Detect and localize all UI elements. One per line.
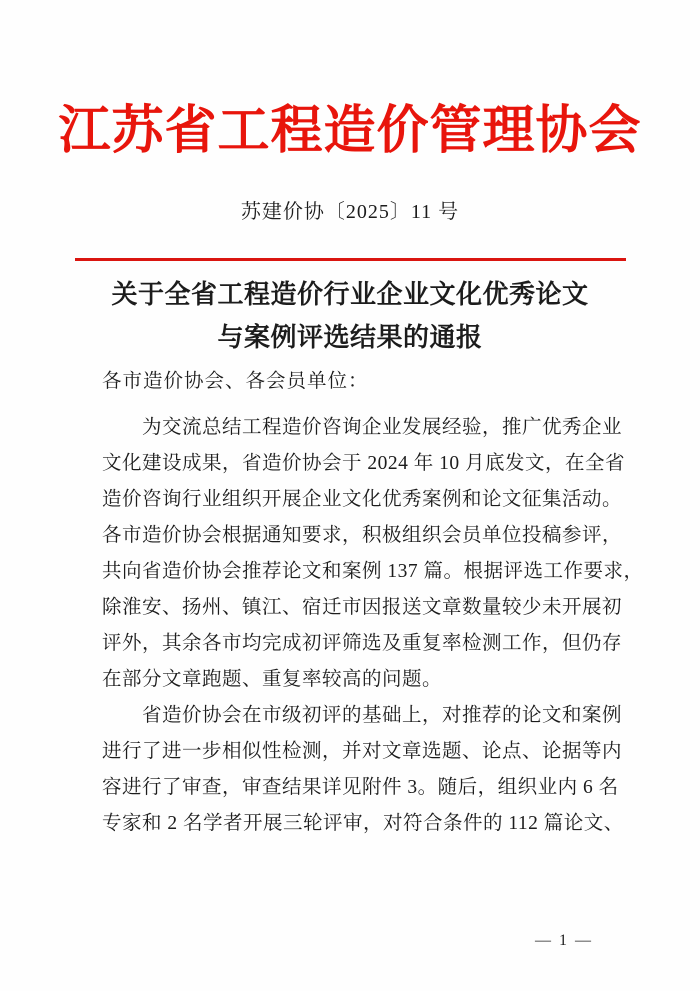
body-line: 在部分文章跑题、重复率较高的问题。 bbox=[102, 662, 618, 698]
page-number: — 1 — bbox=[535, 930, 593, 952]
doc-title: 关于全省工程造价行业企业文化优秀论文 与案例评选结果的通报 bbox=[0, 273, 700, 359]
body-line: 除淮安、扬州、镇江、宿迁市因报送文章数量较少未开展初 bbox=[102, 590, 618, 626]
document-page: 江苏省工程造价管理协会 苏建价协〔2025〕11 号 关于全省工程造价行业企业文… bbox=[0, 0, 700, 991]
doc-number: 苏建价协〔2025〕11 号 bbox=[0, 196, 700, 228]
body-line: 专家和 2 名学者开展三轮评审，对符合条件的 112 篇论文、 bbox=[102, 806, 618, 842]
org-name-header: 江苏省工程造价管理协会 bbox=[0, 100, 700, 164]
body-line: 各市造价协会根据通知要求，积极组织会员单位投稿参评， bbox=[102, 518, 618, 554]
body-line: 进行了进一步相似性检测，并对文章选题、论点、论据等内 bbox=[102, 734, 618, 770]
salutation: 各市造价协会、各会员单位： bbox=[102, 367, 618, 397]
document-body: 各市造价协会、各会员单位： 为交流总结工程造价咨询企业发展经验，推广优秀企业文化… bbox=[102, 367, 618, 842]
body-line: 省造价协会在市级初评的基础上，对推荐的论文和案例 bbox=[102, 698, 618, 734]
paragraph: 省造价协会在市级初评的基础上，对推荐的论文和案例进行了进一步相似性检测，并对文章… bbox=[102, 698, 618, 842]
body-line: 容进行了审查，审查结果详见附件 3。随后，组织业内 6 名 bbox=[102, 770, 618, 806]
paragraph: 为交流总结工程造价咨询企业发展经验，推广优秀企业文化建设成果，省造价协会于 20… bbox=[102, 410, 618, 698]
doc-title-line1: 关于全省工程造价行业企业文化优秀论文 bbox=[0, 273, 700, 316]
body-line: 为交流总结工程造价咨询企业发展经验，推广优秀企业 bbox=[102, 410, 618, 446]
red-divider-rule bbox=[75, 258, 626, 261]
body-line: 评外，其余各市均完成初评筛选及重复率检测工作，但仍存 bbox=[102, 626, 618, 662]
body-line: 造价咨询行业组织开展企业文化优秀案例和论文征集活动。 bbox=[102, 482, 618, 518]
body-line: 共向省造价协会推荐论文和案例 137 篇。根据评选工作要求， bbox=[102, 554, 618, 590]
body-line: 文化建设成果，省造价协会于 2024 年 10 月底发文，在全省 bbox=[102, 446, 618, 482]
doc-title-line2: 与案例评选结果的通报 bbox=[0, 316, 700, 359]
